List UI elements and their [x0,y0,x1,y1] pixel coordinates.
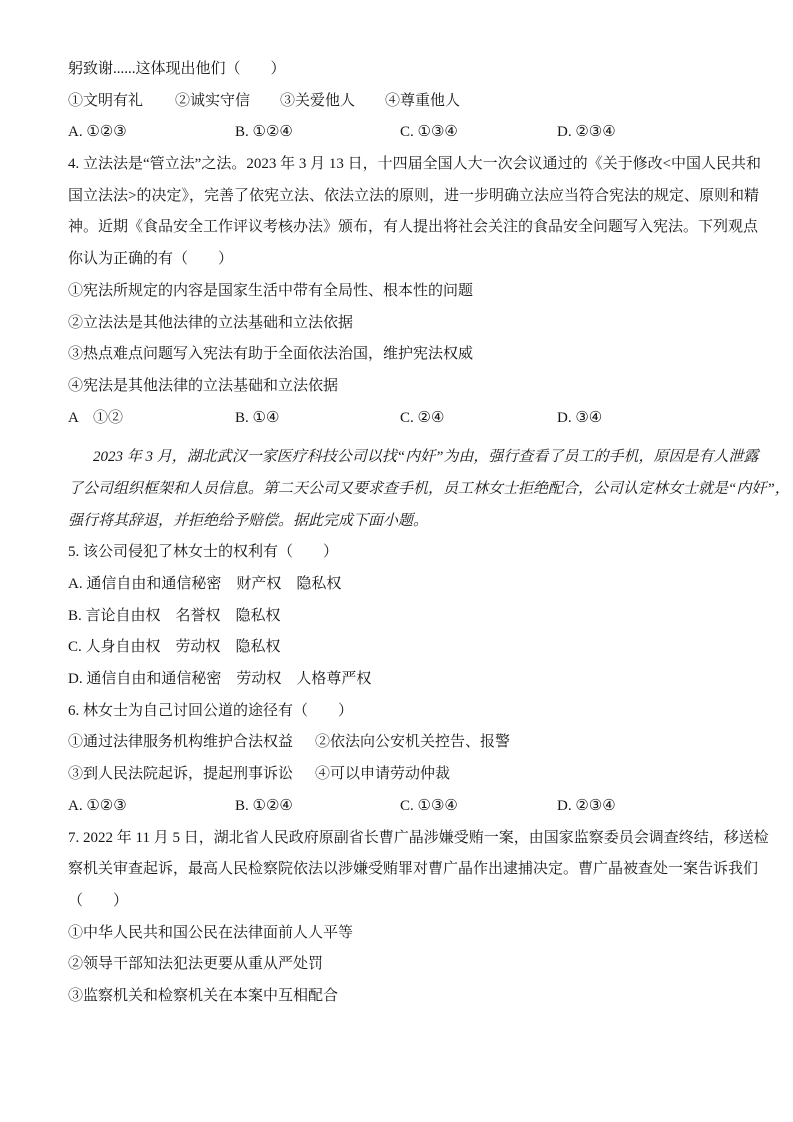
q6-ways-row-1: ①通过法律服务机构维护合法权益 ②依法向公安机关控告、报警 [68,727,728,759]
q7-stem-line-3: （ ） [68,886,728,918]
q3-option-b: B. ①②④ [235,117,293,149]
q3-option-c: C. ①③④ [400,117,458,149]
q6-option-d: D. ②③④ [557,791,616,823]
q4-stem-line-2: 国立法法>的决定》，完善了依宪立法、依法立法的原则，进一步明确立法应当符合宪法的… [68,181,728,213]
q4-stem-line-3: 神。近期《食品安全工作评议考核办法》颁布，有人提出将社会关注的食品安全问题写入宪… [68,212,728,244]
spacer [68,434,728,442]
q3-choice-2: ②诚实守信 [175,86,250,118]
q3-choice-3: ③关爱他人 [280,86,355,118]
q7-statement-3: ③监察机关和检察机关在本案中互相配合 [68,981,728,1013]
q5-option-d: D. 通信自由和通信秘密 劳动权 人格尊严权 [68,664,728,696]
q4-statement-1: ①宪法所规定的内容是国家生活中带有全局性、根本性的问题 [68,276,728,308]
q4-option-a: A ①② [68,403,123,435]
q3-choice-1: ①文明有礼 [68,86,143,118]
q3-choice-4: ④尊重他人 [385,86,460,118]
q6-option-c: C. ①③④ [400,791,458,823]
q7-statement-2: ②领导干部知法犯法更要从重从严处罚 [68,949,728,981]
q5-option-c: C. 人身自由权 劳动权 隐私权 [68,632,728,664]
q4-stem-line-1: 4. 立法法是“管立法”之法。2023 年 3 月 13 日，十四届全国人大一次… [68,149,728,181]
q4-options-row: A ①② B. ①④ C. ②④ D. ③④ [68,403,728,435]
q4-option-c: C. ②④ [400,403,444,435]
q6-way-4: ④可以申请劳动仲裁 [315,759,450,791]
q3-option-a: A. ①②③ [68,117,127,149]
q6-option-b: B. ①②④ [235,791,293,823]
q4-statement-4: ④宪法是其他法律的立法基础和立法依据 [68,371,728,403]
page-content: 躬致谢......这体现出他们（ ） ①文明有礼 ②诚实守信 ③关爱他人 ④尊重… [68,54,728,1013]
q7-statement-1: ①中华人民共和国公民在法律面前人人平等 [68,918,728,950]
q6-way-3: ③到人民法院起诉，提起刑事诉讼 [68,759,293,791]
q7-stem-line-2: 察机关审查起诉，最高人民检察院依法以涉嫌受贿罪对曹广晶作出逮捕决定。曹广晶被查处… [68,854,728,886]
q4-stem-line-4: 你认为正确的有（ ） [68,244,728,276]
q6-way-1: ①通过法律服务机构维护合法权益 [68,727,293,759]
q5-option-b: B. 言论自由权 名誉权 隐私权 [68,601,728,633]
q4-statement-2: ②立法法是其他法律的立法基础和立法依据 [68,308,728,340]
q6-options-row: A. ①②③ B. ①②④ C. ①③④ D. ②③④ [68,791,728,823]
q3-stem-tail: 躬致谢......这体现出他们（ ） [68,54,728,86]
exam-paper-page: 躬致谢......这体现出他们（ ） ①文明有礼 ②诚实守信 ③关爱他人 ④尊重… [0,0,793,1122]
q5-stem: 5. 该公司侵犯了林女士的权利有（ ） [68,537,728,569]
q3-choices-row: ①文明有礼 ②诚实守信 ③关爱他人 ④尊重他人 [68,86,728,118]
q6-ways-row-2: ③到人民法院起诉，提起刑事诉讼 ④可以申请劳动仲裁 [68,759,728,791]
q4-option-d: D. ③④ [557,403,602,435]
passage-line-2: 了公司组织框架和人员信息。第二天公司又要求查手机，员工林女士拒绝配合，公司认定林… [68,474,728,506]
q3-option-d: D. ②③④ [557,117,616,149]
q5-option-a: A. 通信自由和通信秘密 财产权 隐私权 [68,569,728,601]
q6-way-2: ②依法向公安机关控告、报警 [315,727,510,759]
passage-line-3: 强行将其辞退，并拒绝给予赔偿。据此完成下面小题。 [68,506,728,538]
q6-stem: 6. 林女士为自己讨回公道的途径有（ ） [68,696,728,728]
q4-option-b: B. ①④ [235,403,279,435]
q4-statement-3: ③热点难点问题写入宪法有助于全面依法治国，维护宪法权威 [68,339,728,371]
q7-stem-line-1: 7. 2022 年 11 月 5 日，湖北省人民政府原副省长曹广晶涉嫌受贿一案，… [68,823,728,855]
q3-options-row: A. ①②③ B. ①②④ C. ①③④ D. ②③④ [68,117,728,149]
passage-line-1: 2023 年 3 月，湖北武汉一家医疗科技公司以找“内奸”为由，强行查看了员工的… [68,442,728,474]
q6-option-a: A. ①②③ [68,791,127,823]
